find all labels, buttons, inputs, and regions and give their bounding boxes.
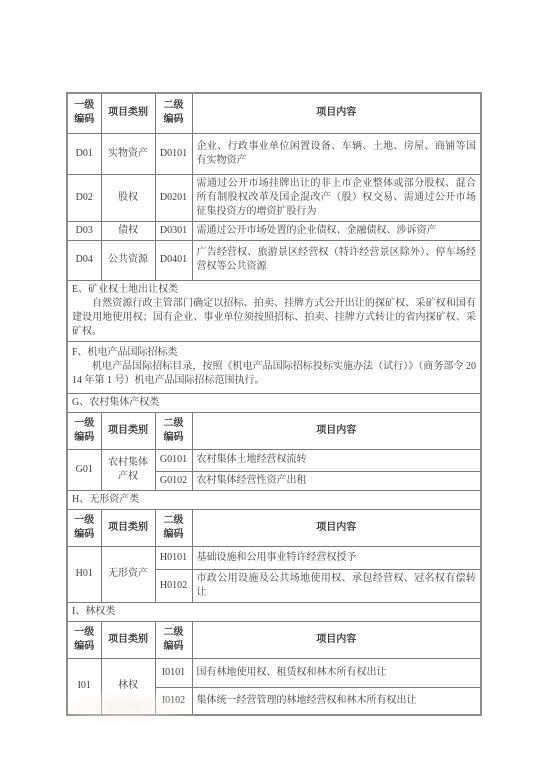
section-row-g-title: G、农村集体产权类	[67, 393, 481, 412]
level2-code-cell: D0201	[155, 174, 192, 221]
header-level1-code: 一级 编码	[67, 509, 101, 546]
level1-code-cell: D04	[67, 240, 101, 280]
table-header-row-d: 一级 编码 项目类别 二级 编码 项目内容	[67, 93, 481, 133]
level2-code-cell: D0101	[155, 133, 192, 174]
category-cell: 实物资产	[101, 133, 155, 174]
header-level2-code: 二级 编码	[155, 509, 192, 546]
content-cell: 需通过公开市场处置的企业债权、金融债权、涉诉资产	[192, 221, 481, 240]
level2-code-cell: H0102	[155, 569, 192, 602]
section-title: H、无形资产类	[67, 490, 481, 509]
header-content: 项目内容	[192, 412, 481, 449]
content-cell: 基础设施和公用事业特许经营权授予	[192, 546, 481, 569]
category-cell: 债权	[101, 221, 155, 240]
content-cell: 市政公用设施及公共场地使用权、承包经营权、冠名权有偿转让	[192, 569, 481, 602]
level1-code-cell: G01	[67, 449, 101, 490]
table-header-row-h: 一级 编码 项目类别 二级 编码 项目内容	[67, 509, 481, 546]
content-cell: 广告经营权、旅游景区经营权（特许经营景区除外）、停车场经营权等公共资源	[192, 240, 481, 280]
level1-code-cell: I01	[67, 658, 101, 715]
header-category: 项目类别	[101, 412, 155, 449]
header-category: 项目类别	[101, 621, 155, 658]
asset-row-i0101: I01 林权 I0101 国有林地使用权、租赁权和林木所有权出让	[67, 658, 481, 687]
section-row-e: E、矿业权土地出让权类 自然资源行政主管部门确定以招标、拍卖、挂牌方式公开出让的…	[67, 280, 481, 341]
section-row-h-title: H、无形资产类	[67, 490, 481, 509]
level1-code-cell: D02	[67, 174, 101, 221]
content-cell: 需通过公开市场挂牌出让的非上市企业整体或部分股权、混合所有制股权改革及国企混改产…	[192, 174, 481, 221]
section-row-i-title: I、林权类	[67, 602, 481, 621]
level2-code-cell: I0101	[155, 658, 192, 687]
content-cell: 企业、行政事业单位闲置设备、车辆、土地、房屋、商铺等国有实物资产	[192, 133, 481, 174]
document-page: 一级 编码 项目类别 二级 编码 项目内容 D01 实物资产 D0101 企业、…	[0, 0, 553, 782]
asset-row-d04: D04 公共资源 D0401 广告经营权、旅游景区经营权（特许经营景区除外）、停…	[67, 240, 481, 280]
header-content: 项目内容	[192, 93, 481, 133]
content-cell: 集体统一经营管理的林地经营权和林木所有权出让	[192, 687, 481, 715]
asset-row-d02: D02 股权 D0201 需通过公开市场挂牌出让的非上市企业整体或部分股权、混合…	[67, 174, 481, 221]
header-category: 项目类别	[101, 509, 155, 546]
content-cell: 农村集体经营性资产出租	[192, 471, 481, 490]
section-title: G、农村集体产权类	[67, 393, 481, 412]
level1-code-cell: D03	[67, 221, 101, 240]
category-cell: 无形资产	[101, 546, 155, 602]
section-e-cell: E、矿业权土地出让权类 自然资源行政主管部门确定以招标、拍卖、挂牌方式公开出让的…	[67, 280, 481, 341]
section-paragraph: 机电产品国际招标目录，按照《机电产品国际招标投标实施办法（试行）》（商务部令 2…	[72, 360, 476, 388]
header-content: 项目内容	[192, 621, 481, 658]
level2-code-cell: G0102	[155, 471, 192, 490]
section-f-cell: F、机电产品国际招标类 机电产品国际招标目录，按照《机电产品国际招标投标实施办法…	[67, 341, 481, 393]
header-level1-code: 一级 编码	[67, 412, 101, 449]
project-catalog-table: 一级 编码 项目类别 二级 编码 项目内容 D01 实物资产 D0101 企业、…	[66, 92, 482, 716]
header-level2-code: 二级 编码	[155, 93, 192, 133]
table-header-row-g: 一级 编码 项目类别 二级 编码 项目内容	[67, 412, 481, 449]
category-cell: 农村集体产权	[101, 449, 155, 490]
level1-code-cell: D01	[67, 133, 101, 174]
table-header-row-i: 一级 编码 项目类别 二级 编码 项目内容	[67, 621, 481, 658]
category-cell: 股权	[101, 174, 155, 221]
content-cell: 国有林地使用权、租赁权和林木所有权出让	[192, 658, 481, 687]
header-level2-code: 二级 编码	[155, 412, 192, 449]
header-content: 项目内容	[192, 509, 481, 546]
level2-code-cell: D0401	[155, 240, 192, 280]
level2-code-cell: D0301	[155, 221, 192, 240]
level2-code-cell: G0101	[155, 449, 192, 471]
section-row-f: F、机电产品国际招标类 机电产品国际招标目录，按照《机电产品国际招标投标实施办法…	[67, 341, 481, 393]
header-level1-code: 一级 编码	[67, 93, 101, 133]
category-cell: 林权	[101, 658, 155, 715]
header-level2-code: 二级 编码	[155, 621, 192, 658]
header-level1-code: 一级 编码	[67, 621, 101, 658]
content-cell: 农村集体土地经营权流转	[192, 449, 481, 471]
level1-code-cell: H01	[67, 546, 101, 602]
level2-code-cell: H0101	[155, 546, 192, 569]
section-paragraph: 自然资源行政主管部门确定以招标、拍卖、挂牌方式公开出让的探矿权、采矿权和国有建设…	[72, 297, 476, 339]
level2-code-cell: I0102	[155, 687, 192, 715]
asset-row-d01: D01 实物资产 D0101 企业、行政事业单位闲置设备、车辆、土地、房屋、商铺…	[67, 133, 481, 174]
asset-row-h0101: H01 无形资产 H0101 基础设施和公用事业特许经营权授予	[67, 546, 481, 569]
section-title: I、林权类	[67, 602, 481, 621]
section-title: F、机电产品国际招标类	[72, 346, 476, 360]
asset-row-d03: D03 债权 D0301 需通过公开市场处置的企业债权、金融债权、涉诉资产	[67, 221, 481, 240]
section-title: E、矿业权土地出让权类	[72, 283, 476, 297]
category-cell: 公共资源	[101, 240, 155, 280]
header-category: 项目类别	[101, 93, 155, 133]
asset-row-g0101: G01 农村集体产权 G0101 农村集体土地经营权流转	[67, 449, 481, 471]
